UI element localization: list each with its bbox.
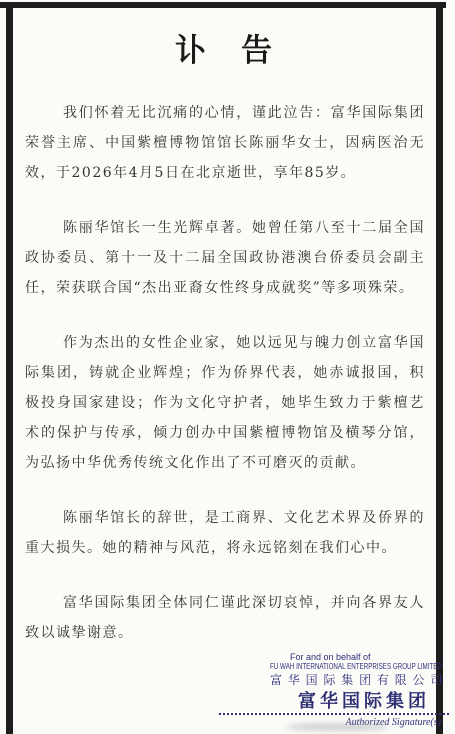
obituary-notice-page: 讣 告 我们怀着无比沉痛的心情，谨此泣告：富华国际集团荣誉主席、中国紫檀博物馆馆… [0, 0, 455, 734]
signature-company-cn-spaced: 富 华 国 际 集 团 有 限 公 司 [235, 673, 449, 688]
signature-company-stamp: 富华国际集团 [235, 691, 449, 712]
signature-company-en-text: FU WAH INTERNATIONAL ENTERPRISES GROUP L… [270, 662, 442, 672]
signature-company-en-line: FU WAH INTERNATIONAL ENTERPRISES GROUP L… [235, 662, 449, 672]
frame-right-border [436, 5, 443, 734]
paragraph-loss: 陈丽华馆长的辞世，是工商界、文化艺术界及侨界的重大损失。她的精神与风范，将永远铭… [25, 503, 425, 563]
paragraph-announcement: 我们怀着无比沉痛的心情，谨此泣告：富华国际集团荣誉主席、中国紫檀博物馆馆长陈丽华… [25, 98, 425, 188]
scan-smudge-artifact [285, 723, 390, 731]
signature-dotted-line [219, 713, 449, 715]
paragraph-contributions: 作为杰出的女性企业家，她以远见与魄力创立富华国际集团，铸就企业辉煌；作为侨界代表… [25, 328, 425, 478]
body-text: 我们怀着无比沉痛的心情，谨此泣告：富华国际集团荣誉主席、中国紫檀博物馆馆长陈丽华… [25, 98, 425, 648]
signature-on-behalf-line: For and on behalf of [235, 652, 449, 662]
document-content: 讣 告 我们怀着无比沉痛的心情，谨此泣告：富华国际集团荣誉主席、中国紫檀博物馆馆… [13, 8, 436, 734]
page-title: 讣 告 [13, 34, 436, 68]
frame-left-border [6, 5, 13, 734]
signature-block: For and on behalf of FU WAH INTERNATIONA… [235, 652, 449, 729]
paragraph-achievements: 陈丽华馆长一生光辉卓著。她曾任第八至十二届全国政协委员、第十一及十二届全国政协港… [25, 213, 425, 303]
paragraph-condolence: 富华国际集团全体同仁谨此深切哀悼，并向各界友人致以诚挚谢意。 [25, 588, 425, 648]
